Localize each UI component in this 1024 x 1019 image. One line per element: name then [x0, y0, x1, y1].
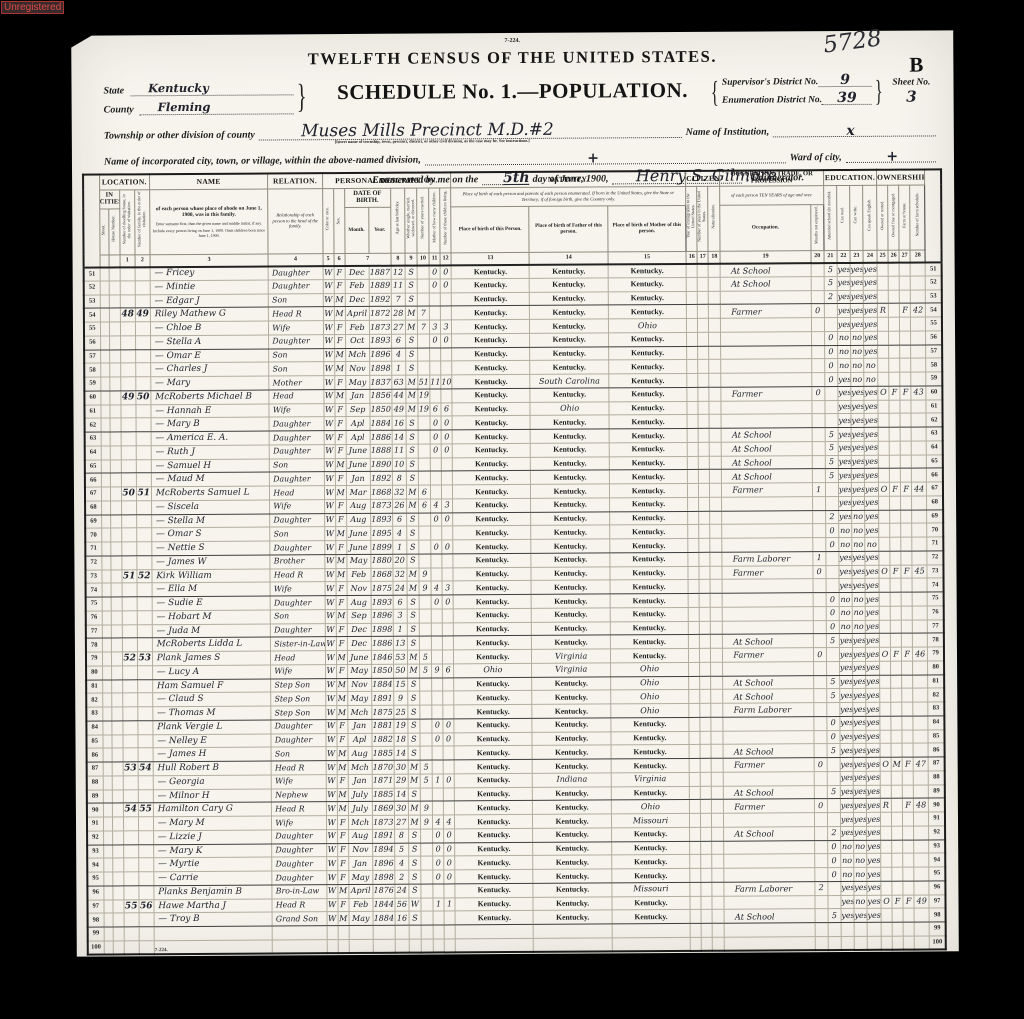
ownership-header: OWNERSHIP OF HOME. [877, 169, 925, 184]
form-number: 7-224. [71, 35, 953, 46]
census-table-wrap: LOCATION. NAME RELATION. PERSONAL DESCRI… [82, 168, 947, 955]
unregistered-watermark: Unregistered [1, 1, 64, 14]
census-table: LOCATION. NAME RELATION. PERSONAL DESCRI… [82, 168, 947, 955]
form-number-bottom: 7-224. [155, 948, 168, 953]
table-header: LOCATION. NAME RELATION. PERSONAL DESCRI… [83, 169, 942, 267]
supervisor-district-label: Supervisor's District No. [722, 77, 818, 88]
brace-close: } [875, 75, 883, 109]
census-title: TWELFTH CENSUS OF THE UNITED STATES. [71, 45, 953, 70]
pob-father-header: Place of birth of Father of this person. [529, 206, 608, 252]
years-in-us-header: Number of years in the United States. [697, 186, 708, 251]
owned-rented-header: Owned or rented. [877, 185, 888, 250]
children-living-header: Number of these children living. [440, 188, 452, 253]
supervisor-district-value: 9 [818, 75, 872, 88]
personal-description-header: PERSONAL DESCRIPTION. [322, 172, 451, 188]
month-header: Month. [344, 207, 368, 253]
city-value: + [587, 153, 599, 164]
owned-free-header: Owned free or mortgaged. [888, 185, 899, 250]
farm-house-header: Farm or house. [899, 185, 910, 250]
township-label: Township or other division of county [104, 130, 255, 142]
citizenship-header: CITIZENSHIP. [686, 171, 720, 186]
census-rows: 51— FriceyDaughterWFDec188712S00Kentucky… [84, 262, 946, 955]
enumeration-district-label: Enumeration District No. [722, 95, 822, 106]
farm-schedule-header: Number of farm schedule. [910, 185, 926, 250]
years-married-header: Number of years married. [417, 188, 429, 253]
mother-children-header: Mother of how many children. [429, 188, 440, 253]
occupation-column-header: Occupation. [720, 204, 811, 251]
sex-header: Sex. [333, 188, 344, 253]
city-line: Name of incorporated city, town, or vill… [104, 147, 940, 167]
occupation-header: OCCUPATION, TRADE, OR PROFESSION [720, 170, 824, 186]
in-cities-header: IN CITIES. [99, 190, 119, 209]
relation-header: RELATION. [268, 173, 322, 188]
education-header: EDUCATION. [823, 170, 876, 185]
can-read-header: Can read. [836, 185, 849, 250]
attended-school-header: Attended school (in months). [823, 185, 836, 250]
sheet-label: Sheet No. [892, 78, 930, 88]
can-speak-english-header: Can speak English. [863, 185, 877, 250]
sheet-block: Sheet No. 3 [892, 78, 930, 106]
census-sheet: 7-224. TWELFTH CENSUS OF THE UNITED STAT… [71, 30, 959, 956]
line-number-column-header-right [925, 169, 942, 262]
brace-open: { [711, 76, 719, 110]
enumeration-district-value: 39 [822, 93, 872, 105]
district-block: { Supervisor's District No.9 Enumeration… [707, 72, 930, 112]
pob-mother-header: Place of birth of Mother of this person. [608, 205, 687, 251]
can-write-header: Can write. [849, 185, 862, 250]
naturalization-header: Naturalization. [708, 186, 720, 251]
nativity-header: NATIVITY. [451, 171, 686, 188]
location-header: LOCATION. [99, 174, 149, 189]
relation-description: Relationship of each person to the head … [268, 188, 323, 253]
date-of-birth-header: DATE OF BIRTH. [344, 188, 390, 207]
age-header: Age at last birthday. [390, 188, 404, 253]
institution-label: Name of Institution, [686, 126, 770, 138]
ward-label: Ward of city, [790, 152, 842, 163]
house-number-header: House Number. [108, 209, 119, 255]
months-not-employed-header: Months not employed. [810, 204, 823, 250]
name-description: of each person whose place of abode on J… [149, 189, 268, 255]
name-header: NAME [149, 174, 268, 190]
dwelling-number-header: Number of dwelling house, in the order o… [119, 189, 134, 254]
line-number-column-header [83, 175, 100, 268]
nativity-subtitle: Place of birth of each person and parent… [451, 186, 686, 206]
color-race-header: Color or race. [322, 188, 333, 253]
marital-header: Whether single, married, widowed, or div… [405, 188, 417, 253]
family-number-header: Number of family, in the order of visita… [134, 189, 150, 254]
ward-value: + [886, 151, 898, 162]
immigration-year-header: Year of immigration to the United States… [686, 186, 697, 251]
pob-person-header: Place of birth of this Person. [451, 206, 530, 252]
sheet-value: 3 [892, 88, 930, 106]
occupation-subtitle: of each person TEN YEARS of age and over… [720, 185, 824, 205]
institution-value: x [846, 126, 854, 137]
township-note: [Insert name of township, town, precinct… [259, 137, 606, 144]
city-label: Name of incorporated city, town, or vill… [104, 155, 421, 168]
township-line: Township or other division of county Mus… [104, 121, 940, 141]
street-header: Street. [99, 209, 108, 255]
year-header: Year. [368, 207, 390, 253]
